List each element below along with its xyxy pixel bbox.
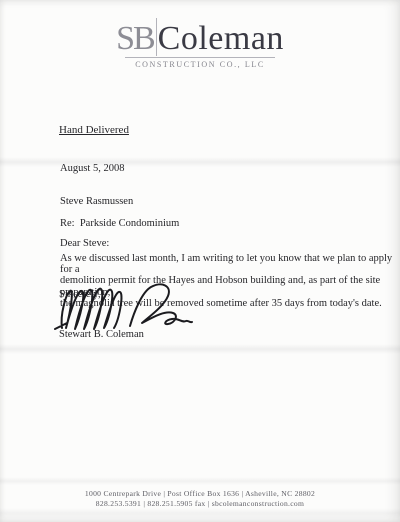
signer-name: Stewart B. Coleman bbox=[59, 329, 144, 340]
letter-date: August 5, 2008 bbox=[60, 163, 124, 174]
subject-line: Re: Parkside Condominium bbox=[60, 218, 179, 229]
scan-artifact-band bbox=[0, 344, 400, 354]
handwritten-signature bbox=[52, 282, 194, 334]
letter-page: SB Coleman CONSTRUCTION CO., LLC Hand De… bbox=[0, 0, 400, 522]
logo-rule-line bbox=[125, 57, 275, 58]
delivery-method: Hand Delivered bbox=[59, 124, 129, 136]
letterhead-footer: 1000 Centrepark Drive | Post Office Box … bbox=[0, 489, 400, 509]
salutation: Dear Steve: bbox=[60, 238, 109, 249]
footer-contact: 828.253.5391 | 828.251.5905 fax | sbcole… bbox=[0, 499, 400, 509]
logo-divider-line bbox=[156, 18, 157, 56]
company-letterhead: SB Coleman CONSTRUCTION CO., LLC bbox=[0, 22, 400, 69]
footer-address: 1000 Centrepark Drive | Post Office Box … bbox=[0, 489, 400, 499]
logo-company-name: Coleman bbox=[158, 22, 284, 56]
signature-scribble bbox=[52, 282, 194, 334]
scan-artifact-band bbox=[0, 508, 400, 518]
body-line: As we discussed last month, I am writing… bbox=[60, 253, 400, 275]
logo-initials: SB bbox=[116, 22, 154, 56]
logo-tagline: CONSTRUCTION CO., LLC bbox=[0, 60, 400, 69]
scan-artifact-band bbox=[0, 477, 400, 485]
recipient-name: Steve Rasmussen bbox=[60, 196, 133, 207]
company-logo: SB Coleman bbox=[116, 22, 284, 56]
